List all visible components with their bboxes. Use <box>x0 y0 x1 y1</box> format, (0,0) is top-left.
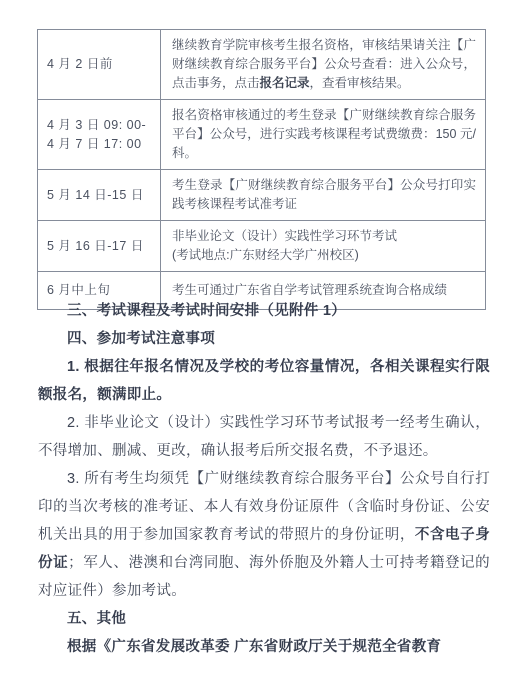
para-text: 四、参加考试注意事项 <box>67 331 215 347</box>
schedule-date: 4 月 2 日前 <box>38 30 161 100</box>
document-body: 三、考试课程及考试时间安排（见附件 1） 四、参加考试注意事项 1. 根据往年报… <box>38 297 490 661</box>
content-text: 考生可通过广东省自学考试管理系统查询合格成绩 <box>172 283 447 297</box>
exam-schedule-table: 4 月 2 日前 继续教育学院审核考生报名资格，审核结果请关注【广财继续教育综合… <box>37 29 486 310</box>
content-text-bold: 报名记录 <box>260 76 310 90</box>
section-heading-4: 四、参加考试注意事项 <box>38 325 490 353</box>
schedule-date: 4 月 3 日 09: 00- 4 月 7 日 17: 00 <box>38 100 161 170</box>
notice-item-2: 2. 非毕业论文（设计）实践性学习环节考试报考一经考生确认，不得增加、删减、更改… <box>38 409 490 465</box>
para-text: 三、考试课程及考试时间安排（见附件 1） <box>67 303 346 319</box>
content-text: 非毕业论文（设计）实践性学习环节考试 (考试地点:广东财经大学广州校区) <box>172 229 397 262</box>
table-row: 4 月 2 日前 继续教育学院审核考生报名资格，审核结果请关注【广财继续教育综合… <box>38 30 486 100</box>
section-heading-3: 三、考试课程及考试时间安排（见附件 1） <box>38 297 490 325</box>
para-text: 五、其他 <box>67 611 126 627</box>
para-text: 根据《广东省发展改革委 广东省财政厅关于规范全省教育 <box>67 639 441 655</box>
schedule-content: 考生登录【广财继续教育综合服务平台】公众号打印实践考核课程考试准考证 <box>161 170 486 221</box>
notice-item-3: 3. 所有考生均须凭【广财继续教育综合服务平台】公众号自行打印的当次考核的准考证… <box>38 465 490 605</box>
schedule-content: 继续教育学院审核考生报名资格，审核结果请关注【广财继续教育综合服务平台】公众号查… <box>161 30 486 100</box>
table-row: 5 月 14 日-15 日 考生登录【广财继续教育综合服务平台】公众号打印实践考… <box>38 170 486 221</box>
para-text: ；军人、港澳和台湾同胞、海外侨胞及外籍人士可持考籍登记的对应证件）参加考试。 <box>38 555 490 599</box>
schedule-date: 5 月 14 日-15 日 <box>38 170 161 221</box>
closing-paragraph: 根据《广东省发展改革委 广东省财政厅关于规范全省教育 <box>38 633 490 661</box>
table-row: 5 月 16 日-17 日 非毕业论文（设计）实践性学习环节考试 (考试地点:广… <box>38 221 486 272</box>
notice-item-1: 1. 根据往年报名情况及学校的考位容量情况，各相关课程实行限额报名，额满即止。 <box>38 353 490 409</box>
table-row: 4 月 3 日 09: 00- 4 月 7 日 17: 00 报名资格审核通过的… <box>38 100 486 170</box>
content-text: 考生登录【广财继续教育综合服务平台】公众号打印实践考核课程考试准考证 <box>172 178 476 211</box>
content-text: ，查看审核结果。 <box>310 76 410 90</box>
schedule-date: 5 月 16 日-17 日 <box>38 221 161 272</box>
schedule-content: 报名资格审核通过的考生登录【广财继续教育综合服务平台】公众号，进行实践考核课程考… <box>161 100 486 170</box>
para-text: 2. 非毕业论文（设计）实践性学习环节考试报考一经考生确认，不得增加、删减、更改… <box>38 415 490 459</box>
scanned-document-page: 4 月 2 日前 继续教育学院审核考生报名资格，审核结果请关注【广财继续教育综合… <box>0 0 522 691</box>
content-text: 报名资格审核通过的考生登录【广财继续教育综合服务平台】公众号，进行实践考核课程考… <box>172 108 476 160</box>
section-heading-5: 五、其他 <box>38 605 490 633</box>
para-text: 1. 根据往年报名情况及学校的考位容量情况，各相关课程实行限额报名，额满即止。 <box>38 359 490 403</box>
schedule-content: 非毕业论文（设计）实践性学习环节考试 (考试地点:广东财经大学广州校区) <box>161 221 486 272</box>
